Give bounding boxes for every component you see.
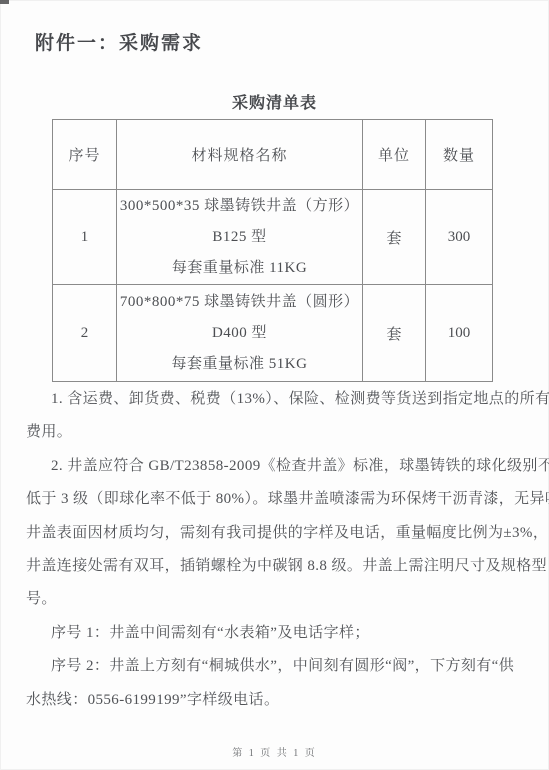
row1-spec-line1: 300*500*35 球墨铸铁井盖（方形） [120,191,359,222]
paragraph-line: 2. 井盖应符合 GB/T23858-2009《检查井盖》标准，球墨铸铁的球化级… [26,450,526,483]
paragraph-line: 井盖表面因材质均匀，需刻有我司提供的字样及电话，重量幅度比例为±3%， [26,517,526,550]
col-header-qty: 数量 [426,120,492,190]
row2-spec-line3: 每套重量标准 51KG [172,349,308,380]
paragraph-line: 低于 3 级（即球化率不低于 80%）。球墨井盖喷漆需为环保烤干沥青漆，无异味， [26,483,526,516]
row1-spec-line3: 每套重量标准 11KG [172,253,307,284]
paragraph-line: 费用。 [26,416,526,449]
page-title: 附件一：采购需求 [35,28,203,55]
paragraph-line: 号。 [26,583,526,616]
col-header-spec: 材料规格名称 [117,120,363,190]
row2-spec-line2: D400 型 [212,318,267,349]
page-number: 第 1 页 共 1 页 [0,744,549,759]
document-page: 附件一：采购需求 采购清单表 序号 材料规格名称 单位 数量 1 300*500… [0,0,549,770]
body-text: 1. 含运费、卸货费、税费（13%）、保险、检测费等货送到指定地点的所有 费用。… [26,383,526,717]
paragraph-line: 1. 含运费、卸货费、税费（13%）、保险、检测费等货送到指定地点的所有 [26,383,526,416]
row1-unit: 套 [363,190,426,285]
table-title: 采购清单表 [0,90,549,113]
row2-unit: 套 [363,285,426,381]
row1-qty: 300 [426,190,492,285]
paragraph-line: 序号 2：井盖上方刻有“桐城供水”，中间刻有圆形“阀”，下方刻有“供 [26,650,526,683]
row1-spec: 300*500*35 球墨铸铁井盖（方形） B125 型 每套重量标准 11KG [117,190,363,285]
row2-spec-line1: 700*800*75 球墨铸铁井盖（圆形） [120,287,359,318]
row2-qty: 100 [426,285,492,381]
procurement-table: 序号 材料规格名称 单位 数量 1 300*500*35 球墨铸铁井盖（方形） … [52,119,493,382]
paragraph-line: 序号 1：井盖中间需刻有“水表箱”及电话字样； [26,617,526,650]
col-header-unit: 单位 [363,120,426,190]
row1-no: 1 [53,190,117,285]
scan-corner-artifact [0,0,9,4]
row2-spec: 700*800*75 球墨铸铁井盖（圆形） D400 型 每套重量标准 51KG [117,285,363,381]
row2-no: 2 [53,285,117,381]
paragraph-line: 井盖连接处需有双耳，插销螺栓为中碳钢 8.8 级。井盖上需注明尺寸及规格型 [26,550,526,583]
paragraph-line: 水热线：0556-6199199”字样级电话。 [26,684,526,717]
col-header-no: 序号 [53,120,117,190]
row1-spec-line2: B125 型 [212,222,266,253]
